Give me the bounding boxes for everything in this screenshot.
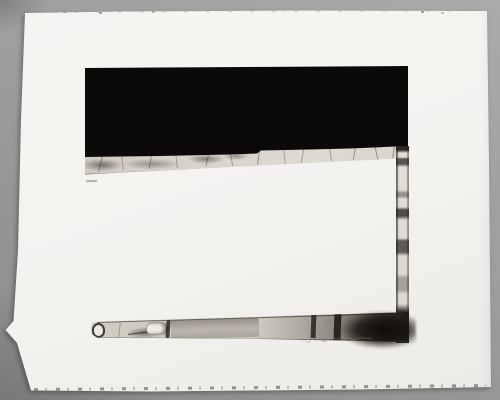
bar-seam [118, 322, 121, 336]
deckle-top-edge [30, 9, 482, 13]
bar-shaded-block [171, 317, 259, 338]
deckle-bottom-edge [34, 384, 486, 390]
bar-left-tip [92, 322, 105, 337]
ledge-seam [149, 154, 153, 169]
paper-sheet [0, 0, 500, 400]
ledge-seam [353, 147, 356, 160]
under-ledge-dash [86, 180, 97, 182]
ledge-seam [375, 147, 379, 160]
paper-speck [441, 12, 444, 14]
ledge-seam [121, 155, 124, 170]
photograph-of-print [0, 0, 500, 400]
paper-speck [99, 12, 102, 14]
paper-shadow-wrap [0, 0, 500, 400]
paper-speck [421, 11, 424, 13]
top-stone-ledge [0, 0, 500, 400]
black-field [0, 0, 500, 400]
pencil-signature [298, 334, 376, 346]
ledge-seam [283, 150, 286, 164]
ledge-seam [301, 149, 305, 163]
paper-speck [63, 12, 66, 14]
bottom-stone-bar [0, 0, 500, 400]
paper-speck [152, 11, 155, 13]
ledge-seam [329, 148, 332, 161]
ledge-seam [392, 146, 395, 158]
ledge-seam [98, 156, 103, 171]
ledge-bottom-edge-line [85, 158, 402, 174]
